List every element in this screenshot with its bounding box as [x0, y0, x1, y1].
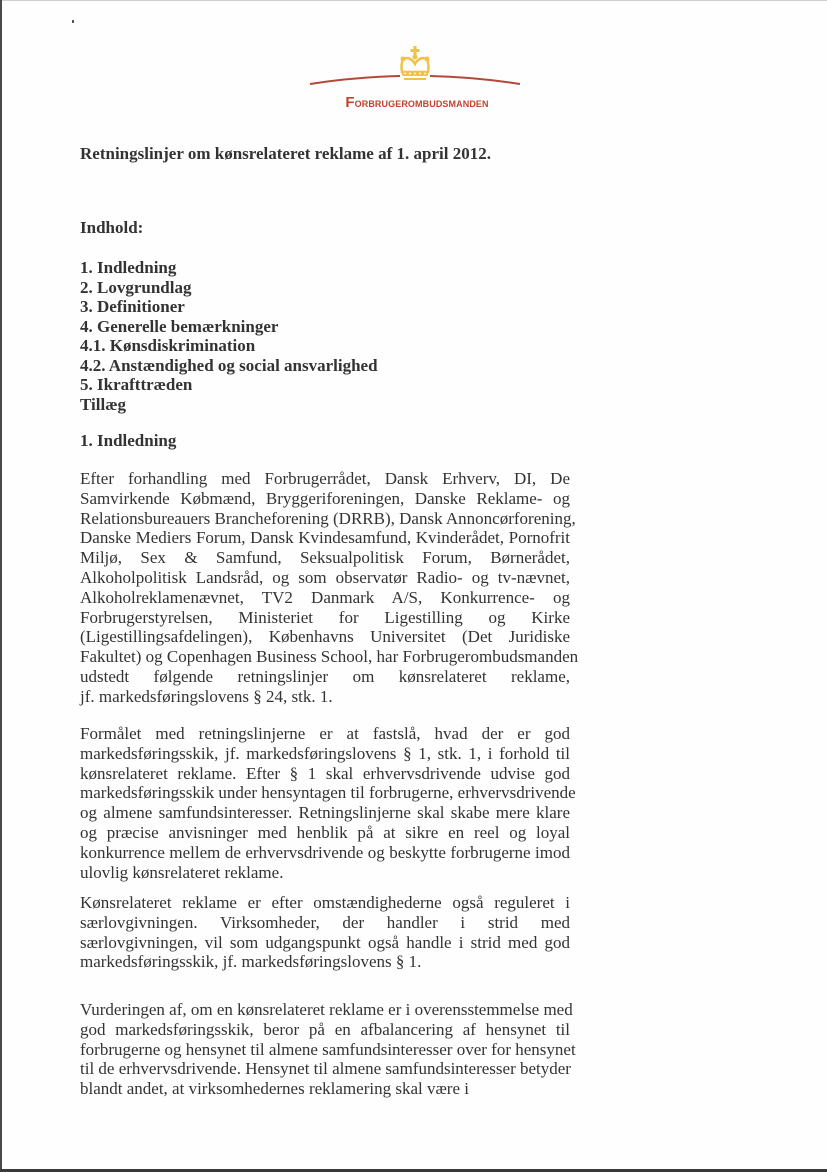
forbrugerombudsmanden-logo: Forbrugerombudsmanden	[300, 44, 530, 114]
paragraph-line: Relationsbureauers Brancheforening (DRRB…	[80, 509, 570, 529]
toc-item: 4.2. Anstændighed og social ansvarlighed	[80, 356, 378, 376]
paragraph-special-legislation: Kønsrelateret reklame er efter omstændig…	[80, 893, 570, 972]
paragraph-line: markedsføringsskik, jf. markedsføringslo…	[80, 744, 570, 764]
toc-item: 4. Generelle bemærkninger	[80, 317, 378, 337]
paragraph-line: ulovlig kønsrelateret reklame.	[80, 863, 570, 883]
toc-item: 1. Indledning	[80, 258, 378, 278]
logo-wordmark: Forbrugerombudsmanden	[307, 94, 527, 111]
toc-item: Tillæg	[80, 395, 378, 415]
paragraph-line: (Ligestillingsafdelingen), Københavns Un…	[80, 627, 570, 647]
paragraph-line: Formålet med retningslinjerne er at fast…	[80, 724, 570, 744]
document-page: Forbrugerombudsmanden Retningslinjer om …	[0, 0, 827, 1172]
paragraph-line: Forbrugerstyrelsen, Ministeriet for Lige…	[80, 608, 570, 628]
scan-left-edge	[0, 0, 2, 1172]
paragraph-line: Alkoholpolitisk Landsråd, og som observa…	[80, 568, 570, 588]
paragraph-line: god markedsføringsskik, beror på en afba…	[80, 1020, 570, 1040]
toc-item: 4.1. Kønsdiskrimination	[80, 336, 378, 356]
paragraph-line: særlovgivningen. Virksomheder, der handl…	[80, 913, 570, 933]
paragraph-line: Alkoholreklamenævnet, TV2 Danmark A/S, K…	[80, 588, 570, 608]
paragraph-line: markedsføringsskik, jf. markedsføringslo…	[80, 952, 570, 972]
crown-icon	[300, 44, 530, 94]
paragraph-purpose: Formålet med retningslinjerne er at fast…	[80, 724, 570, 882]
paragraph-line: konkurrence mellem de erhvervsdrivende o…	[80, 843, 570, 863]
paragraph-line: jf. markedsføringslovens § 24, stk. 1.	[80, 687, 570, 707]
scan-top-edge	[0, 0, 827, 1]
paragraph-line: Vurderingen af, om en kønsrelateret rekl…	[80, 1000, 570, 1020]
paragraph-line: udstedt følgende retningslinjer om kønsr…	[80, 667, 570, 687]
toc-item: 5. Ikrafttræden	[80, 375, 378, 395]
paragraph-line: Danske Mediers Forum, Dansk Kvindesamfun…	[80, 528, 570, 548]
section-heading: 1. Indledning	[80, 431, 176, 451]
paragraph-line: og almene samfundsinteresser. Retningsli…	[80, 803, 570, 823]
paragraph-line: Miljø, Sex & Samfund, Seksualpolitisk Fo…	[80, 548, 570, 568]
paragraph-assessment: Vurderingen af, om en kønsrelateret rekl…	[80, 1000, 570, 1099]
paragraph-line: Samvirkende Købmænd, Bryggeriforeningen,…	[80, 489, 570, 509]
document-title: Retningslinjer om kønsrelateret reklame …	[80, 144, 491, 164]
toc-heading: Indhold:	[80, 218, 143, 238]
paragraph-line: forbrugerne og hensynet til almene samfu…	[80, 1040, 570, 1060]
scan-speck	[72, 20, 74, 23]
paragraph-intro: Efter forhandling med Forbrugerrådet, Da…	[80, 469, 570, 707]
paragraph-line: Kønsrelateret reklame er efter omstændig…	[80, 893, 570, 913]
paragraph-line: Fakultet) og Copenhagen Business School,…	[80, 647, 570, 667]
paragraph-line: særlovgivningen, vil som udgangspunkt og…	[80, 933, 570, 953]
paragraph-line: kønsrelateret reklame. Efter § 1 skal er…	[80, 764, 570, 784]
paragraph-line: blandt andet, at virksomhedernes reklame…	[80, 1079, 570, 1099]
paragraph-line: Efter forhandling med Forbrugerrådet, Da…	[80, 469, 570, 489]
paragraph-line: og præcise anvisninger med henblik på at…	[80, 823, 570, 843]
paragraph-line: til de erhvervsdrivende. Hensynet til al…	[80, 1059, 570, 1079]
paragraph-line: markedsføringsskik under hensyntagen til…	[80, 783, 570, 803]
toc-item: 2. Lovgrundlag	[80, 278, 378, 298]
table-of-contents: 1. Indledning 2. Lovgrundlag 3. Definiti…	[80, 258, 378, 414]
toc-item: 3. Definitioner	[80, 297, 378, 317]
